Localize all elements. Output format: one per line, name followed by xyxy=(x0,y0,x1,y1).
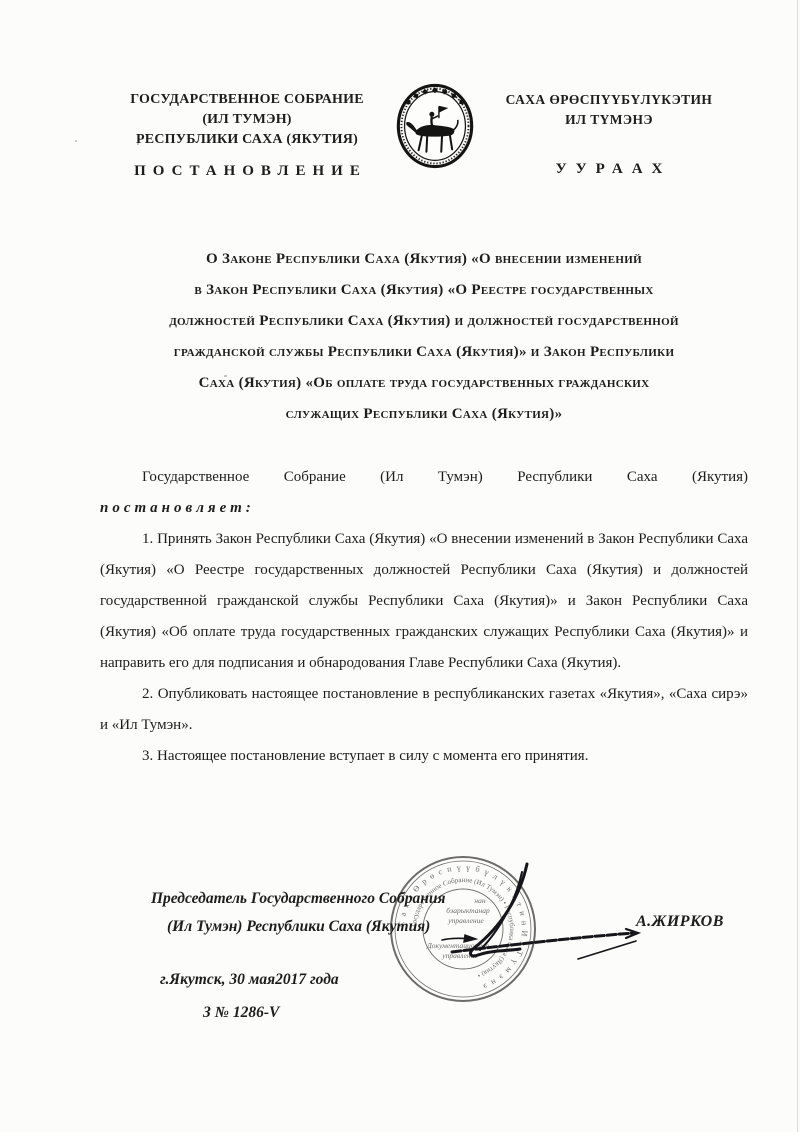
body-item-3: 3. Настоящее постановление вступает в си… xyxy=(100,741,748,772)
signer-post-line2: (Ил Тумэн) Республики Саха (Якутия) xyxy=(167,918,430,936)
title-line: должностей Республики Саха (Якутия) и до… xyxy=(100,306,748,337)
body-item-2: 2. Опубликовать настоящее постановление … xyxy=(100,679,748,741)
document-number: З № 1286-V xyxy=(203,1004,279,1022)
org-ru-line1: ГОСУДАРСТВЕННОЕ СОБРАНИЕ xyxy=(96,90,398,110)
org-ru-line3: РЕСПУБЛИКИ САХА (ЯКУТИЯ) xyxy=(96,130,398,150)
org-sakha-line2: ИЛ ТҮМЭНЭ xyxy=(468,110,750,130)
title-line: Саха (Якутия) «Об оплате труда государст… xyxy=(100,368,748,399)
document-page: ГОСУДАРСТВЕННОЕ СОБРАНИЕ (ИЛ ТУМЭН) РЕСП… xyxy=(0,0,800,1132)
body-resolves: постановляет: xyxy=(100,493,748,524)
title-line: служащих Республики Саха (Якутия)» xyxy=(100,399,748,430)
scan-edge-line xyxy=(797,0,798,1132)
org-ru-line2: (ИЛ ТУМЭН) xyxy=(96,110,398,130)
doc-type-sakha: УУРААХ xyxy=(468,161,750,178)
org-name-russian: ГОСУДАРСТВЕННОЕ СОБРАНИЕ (ИЛ ТУМЭН) РЕСП… xyxy=(96,90,398,150)
place-and-date: г.Якутск, 30 мая2017 года xyxy=(160,971,339,989)
signer-post-line1: Председатель Государственного Собрания xyxy=(151,890,445,908)
body-item-1: 1. Принять Закон Республики Саха (Якутия… xyxy=(100,524,748,679)
org-name-sakha: САХА ӨРӨСПҮҮБҮЛҮКЭТИН ИЛ ТҮМЭНЭ xyxy=(468,90,750,130)
doc-type-russian: ПОСТАНОВЛЕНИЕ xyxy=(96,163,398,180)
resolution-title: О Законе Республики Саха (Якутия) «О вне… xyxy=(100,244,748,430)
org-sakha-line1: САХА ӨРӨСПҮҮБҮЛҮКЭТИН xyxy=(468,90,750,110)
handwritten-signature xyxy=(430,852,660,1002)
resolution-body: Государственное Собрание (Ил Тумэн) Респ… xyxy=(100,462,748,772)
body-intro: Государственное Собрание (Ил Тумэн) Респ… xyxy=(100,462,748,493)
sakha-coat-of-arms-icon xyxy=(396,83,474,169)
title-line: в Закон Республики Саха (Якутия) «О Реес… xyxy=(100,275,748,306)
title-line: О Законе Республики Саха (Якутия) «О вне… xyxy=(100,244,748,275)
scan-speck xyxy=(75,140,77,142)
title-line: гражданской службы Республики Саха (Якут… xyxy=(100,337,748,368)
